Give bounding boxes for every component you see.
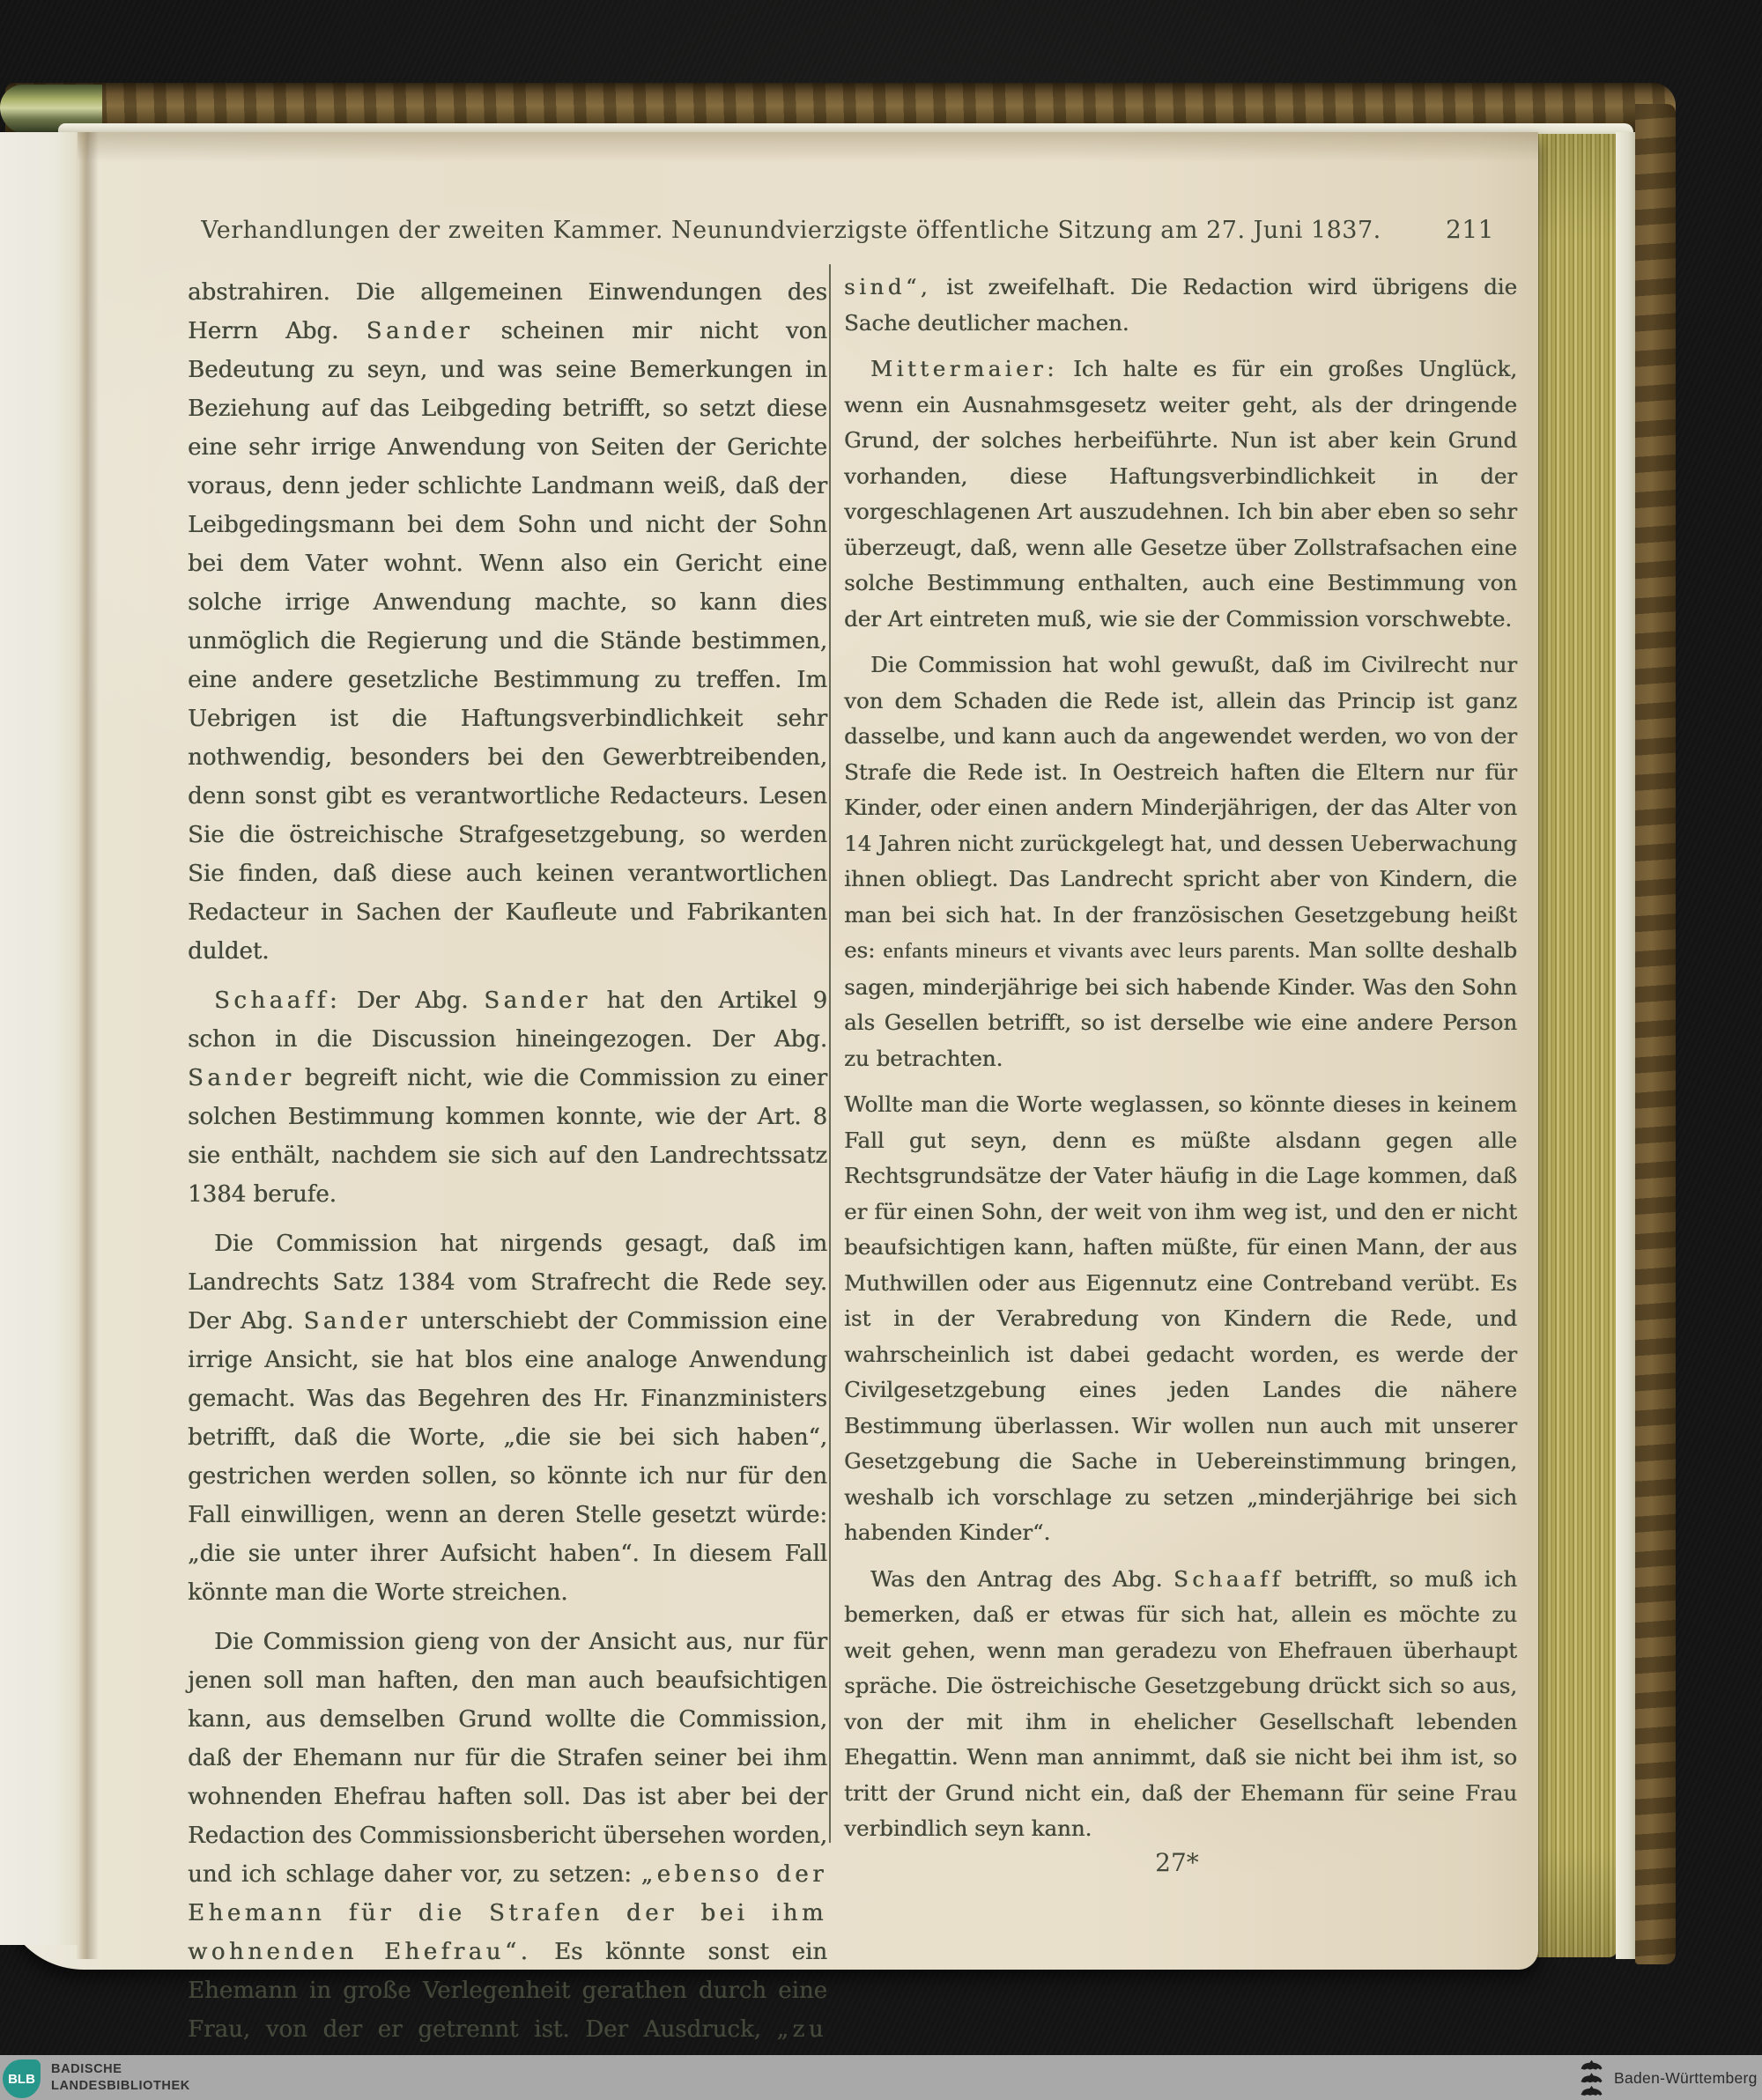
paragraph: Die Commission gieng von der Ansicht aus… — [188, 1623, 827, 2088]
paragraph: Mittermaier: Ich halte es für ein großes… — [844, 351, 1517, 637]
letterspaced-text: Sander — [366, 318, 474, 344]
paragraph: sind“, ist zweifelhaft. Die Redaction wi… — [844, 270, 1517, 341]
book-cover-right-edge — [1635, 104, 1676, 1964]
letterspaced-text: Mittermaier: — [870, 356, 1058, 381]
running-head: Verhandlungen der zweiten Kammer. Neunun… — [185, 215, 1517, 254]
body-text: Die Commission gieng von der Ansicht aus… — [188, 1629, 827, 1888]
body-text: Ich halte es für ein großes Unglück, wen… — [844, 356, 1517, 632]
facing-page-sliver — [0, 132, 78, 1945]
signature-mark: 27* — [1098, 1848, 1256, 1877]
state-name[interactable]: Baden-Württemberg — [1614, 2069, 1758, 2088]
paragraph: Die Commission hat wohl gewußt, daß im C… — [844, 647, 1517, 1076]
body-text: betrifft, so muß ich bemerken, daß er et… — [844, 1566, 1517, 1842]
letterspaced-text: Schaaff — [1173, 1566, 1284, 1592]
page-block-right-edge — [1616, 132, 1637, 1959]
text-column-left: abstrahiren. Die allgemeinen Einwendunge… — [188, 273, 827, 2098]
body-text: unterschiebt der Commission eine irrige … — [188, 1308, 827, 1606]
page-block-fore-edge — [1535, 134, 1618, 1957]
column-divider-rule — [829, 264, 831, 1843]
library-name-line1: BADISCHE — [51, 2061, 190, 2078]
body-text: Die Commission hat wohl gewußt, daß im C… — [844, 652, 1517, 963]
letterspaced-text: Sander — [303, 1308, 411, 1335]
body-text: Der Abg. — [341, 987, 484, 1014]
text-column-right: sind“, ist zweifelhaft. Die Redaction wi… — [844, 270, 1517, 1858]
viewer-footer-bar — [0, 2055, 1762, 2100]
blb-logo-icon[interactable]: BLB — [3, 2059, 41, 2098]
letterspaced-text: Schaaff: — [214, 987, 341, 1014]
baden-wuerttemberg-arms-icon — [1575, 2059, 1607, 2097]
book-gutter-fold — [76, 132, 99, 1959]
paragraph: Wollte man die Worte weglassen, so könnt… — [844, 1087, 1517, 1551]
letterspaced-text: Sander — [484, 987, 591, 1014]
body-text: Wollte man die Worte weglassen, so könnt… — [844, 1091, 1517, 1545]
library-name[interactable]: BADISCHE LANDESBIBLIOTHEK — [51, 2061, 190, 2095]
paragraph: Was den Antrag des Abg. Schaaff betrifft… — [844, 1562, 1517, 1847]
letterspaced-text: Sander — [188, 1065, 295, 1091]
body-text: scheinen mir nicht von Bedeutung zu seyn… — [188, 318, 827, 965]
page-number: 211 — [1397, 215, 1517, 244]
running-head-title: Verhandlungen der zweiten Kammer. Neunun… — [185, 217, 1397, 244]
body-text: Was den Antrag des Abg. — [870, 1566, 1173, 1592]
paragraph: Schaaff: Der Abg. Sander hat den Artikel… — [188, 981, 827, 1214]
latin-text: enfants mineurs et vivants avec leurs pa… — [883, 939, 1300, 963]
paragraph: abstrahiren. Die allgemeinen Einwendunge… — [188, 273, 827, 971]
letterspaced-text: sind“, — [844, 274, 931, 299]
body-text: ist zweifelhaft. Die Redaction wird übri… — [844, 274, 1517, 336]
library-name-line2: LANDESBIBLIOTHEK — [51, 2078, 190, 2095]
paragraph: Die Commission hat nirgends gesagt, daß … — [188, 1224, 827, 1612]
